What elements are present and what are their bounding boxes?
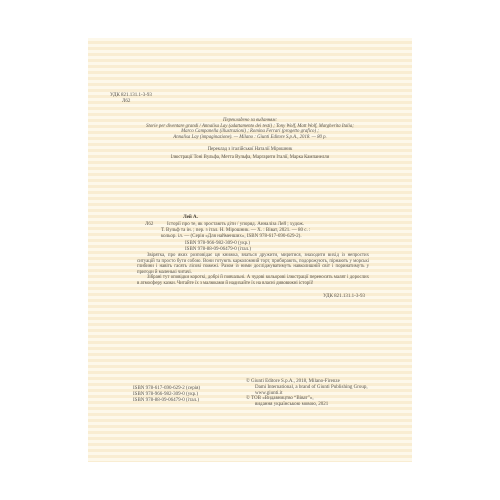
- annotation-paragraph-2: Зібрані тут оповідки короткі, добрі й по…: [137, 275, 369, 286]
- udc-number-top: УДК 821.131.1-3-93: [110, 93, 152, 99]
- isbn-italian: ISBN 978-88-09-06479-0 (італ.): [133, 398, 200, 404]
- copyright-block: © Giunti Editore S.p.A., 2018, Milano-Fi…: [246, 379, 416, 408]
- imprint-page: УДК 821.131.1-3-93 Л62 Перекладено за ви…: [88, 38, 412, 462]
- card-author: Лей А.: [145, 215, 367, 221]
- book-page-scan: УДК 821.131.1-3-93 Л62 Перекладено за ви…: [0, 0, 500, 500]
- author-sign-top: Л62: [110, 99, 152, 105]
- card-body: Л62 Історії про те, як зростають діти / …: [145, 222, 367, 253]
- card-isbn-list: ISBN 978-966-982-309-0 (укр.) ISBN 978-8…: [161, 241, 367, 253]
- annotation: Звірятка, про яких розповідає ця книжка,…: [137, 253, 369, 287]
- catalog-card: Лей А. Л62 Історії про те, як зростають …: [145, 215, 367, 253]
- edition-source-note: Перекладено за виданням: Storie per dive…: [88, 118, 412, 140]
- card-description: Історії про те, як зростають діти / упор…: [161, 222, 367, 240]
- edition-note-line: Annalisa Lay (impaginazione). — Milano :…: [88, 135, 412, 141]
- copyright-edition-note: видання українською мовою, 2021: [246, 402, 416, 408]
- illustration-credit: Ілюстрації Тоні Вульфа, Метта Вульфа, Ма…: [88, 155, 412, 161]
- translation-credit: Переклад з італійської Наталії Мірошник: [88, 147, 412, 153]
- udc-number-bottom: УДК 821.131.1-3-93: [137, 294, 365, 300]
- udc-block-top: УДК 821.131.1-3-93 Л62: [110, 93, 152, 105]
- card-author-sign: Л62: [145, 222, 153, 228]
- isbn-block: ISBN 978-617-690-629-2 (серія) ISBN 978-…: [133, 386, 200, 404]
- annotation-paragraph-1: Звірятка, про яких розповідає ця книжка,…: [137, 253, 369, 275]
- card-description-line: кольор. іл. — (Серія «Для найменших», IS…: [161, 234, 367, 240]
